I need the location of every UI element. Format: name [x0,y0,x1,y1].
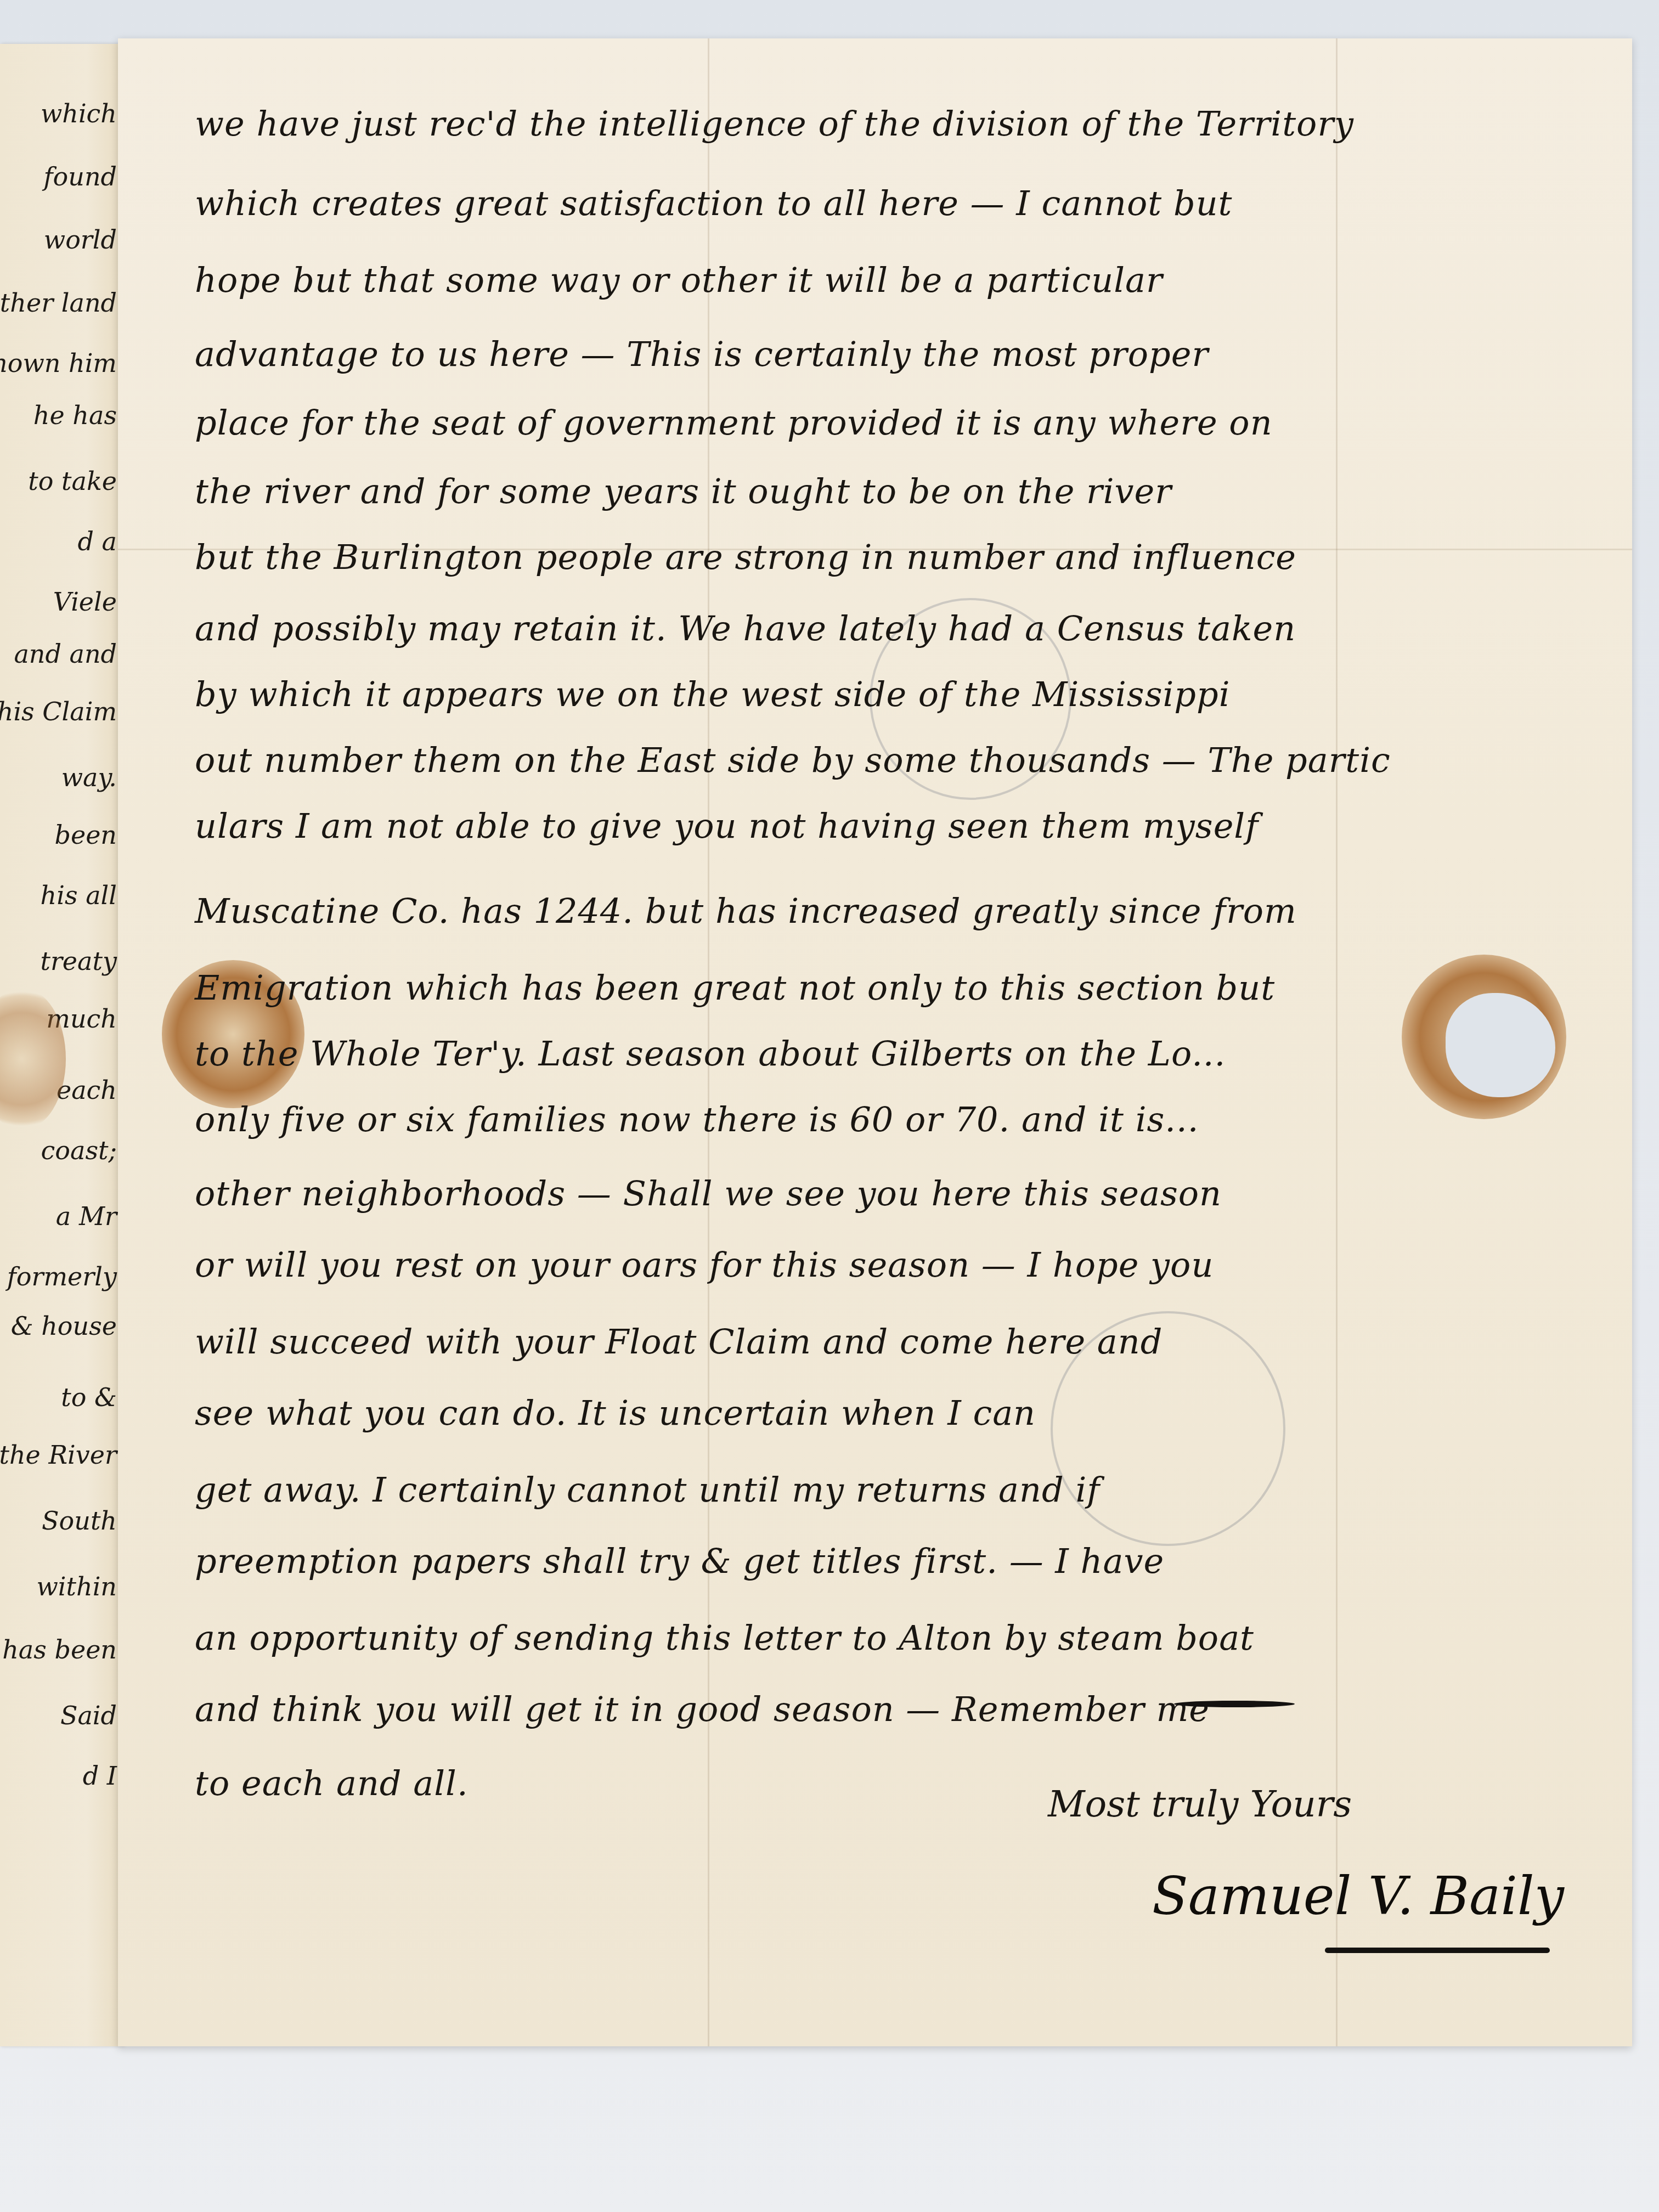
letter-line: to the Whole Ter'y. Last season about Gi… [195,1037,1226,1071]
margin-fragment: world [44,225,117,255]
margin-fragment: he has [33,400,117,430]
letter-line: and possibly may retain it. We have late… [195,612,1296,646]
margin-fragment: coast; [41,1136,117,1165]
margin-fragment: treaty [40,946,117,976]
letter-line: Muscatine Co. has 1244. but has increase… [195,894,1297,928]
margin-fragment: & house [11,1311,117,1341]
letter-line: which creates great satisfaction to all … [195,187,1233,221]
letter-line: Emigration which has been great not only… [195,971,1275,1005]
letter-line: to each and all. [195,1767,469,1801]
letter-line: ulars I am not able to give you not havi… [195,809,1259,843]
margin-fragment: Viele [53,587,117,617]
letter-line: see what you can do. It is uncertain whe… [195,1396,1036,1430]
letter-line: or will you rest on your oars for this s… [195,1248,1214,1282]
letter-line: and think you will get it in good season… [195,1692,1210,1726]
letter-line: other neighborhoods — Shall we see you h… [195,1177,1222,1211]
letter-line: by which it appears we on the west side … [195,678,1231,712]
letter-line: will succeed with your Float Claim and c… [195,1325,1163,1359]
margin-fragment: his Claim [0,697,117,726]
margin-fragment: known him [0,348,117,378]
letter-line: we have just rec'd the intelligence of t… [195,107,1354,141]
margin-fragment: and and [14,639,117,669]
letter-line: preemption papers shall try & get titles… [195,1544,1164,1578]
margin-fragment: his all [41,881,117,910]
letter-page: we have just rec'd the intelligence of t… [118,38,1632,2046]
letter-line: an opportunity of sending this letter to… [195,1621,1254,1655]
signature-underline [1325,1948,1550,1953]
ink-flourish [1174,1701,1295,1707]
letter-line: get away. I certainly cannot until my re… [195,1473,1100,1507]
margin-fragment: each [57,1075,117,1105]
margin-fragment: South [42,1506,117,1536]
letter-line: advantage to us here — This is certainly… [195,337,1209,371]
margin-fragment: Said [60,1701,117,1730]
margin-fragment: to & [61,1383,117,1412]
margin-fragment: d I [83,1761,117,1791]
margin-fragment: way. [61,763,117,792]
signature: Samuel V. Baily [1152,1865,1564,1927]
margin-fragment: ther land [0,288,117,318]
margin-fragment: found [44,162,117,191]
left-folded-sheet: which found world ther land known him he… [0,44,123,2046]
margin-fragment: which [41,99,117,128]
letter-closing: Most truly Yours [1048,1783,1352,1825]
margin-fragment: a Mr [56,1201,117,1231]
letter-line: out number them on the East side by some… [195,743,1391,777]
margin-fragment: formerly [7,1262,117,1291]
letter-line: only five or six families now there is 6… [195,1103,1199,1137]
letter-line: the river and for some years it ought to… [195,475,1172,509]
letter-line: hope but that some way or other it will … [195,263,1163,297]
letter-line: place for the seat of government provide… [195,406,1273,440]
fold-crease [1336,38,1338,2046]
letter-line: but the Burlington people are strong in … [195,540,1296,574]
margin-fragment: been [54,820,117,850]
margin-fragment: to take [28,466,117,496]
margin-fragment: the River [0,1440,117,1470]
margin-fragment: within [36,1572,117,1601]
margin-fragment: has been [2,1635,117,1664]
margin-fragment: d a [78,527,117,556]
